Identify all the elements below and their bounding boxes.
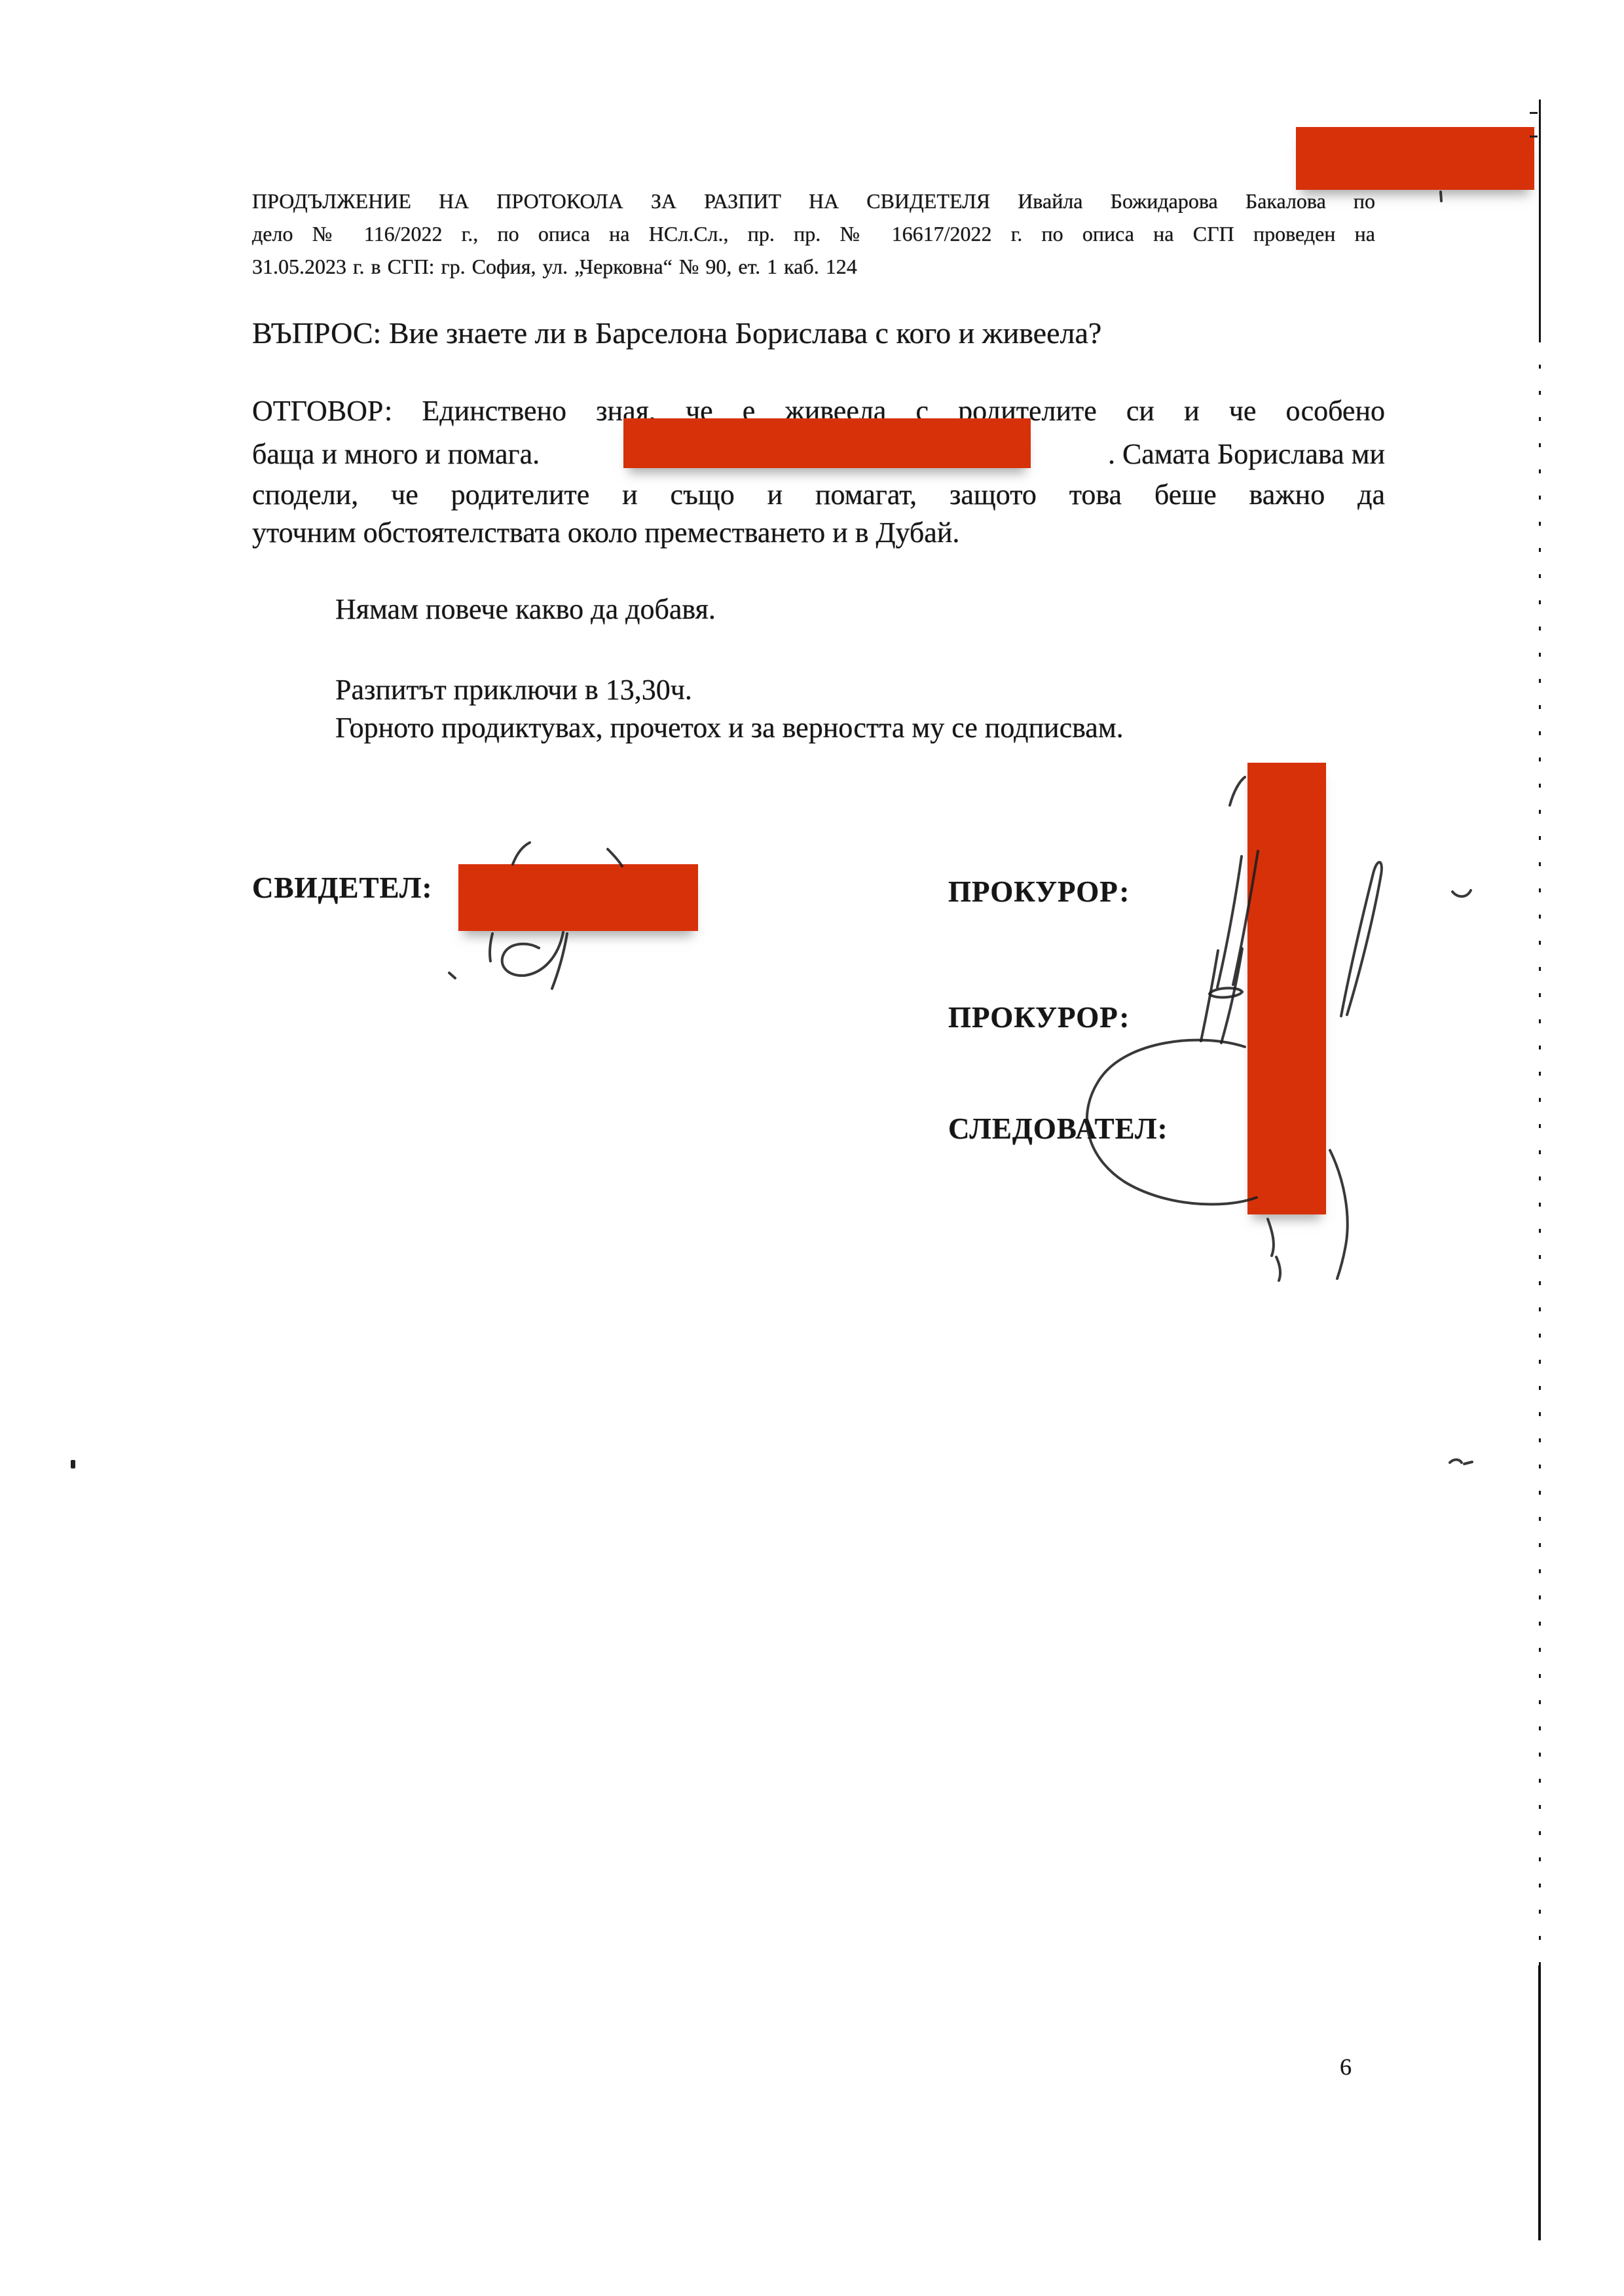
answer-text-after-redaction: . Самата Борислава ми <box>1108 436 1385 477</box>
header-line: 31.05.2023 г. в СГП: гр. София, ул. „Чер… <box>252 250 1375 283</box>
answer-line-redacted: баща и много и помага. . Самата Борислав… <box>252 436 1385 477</box>
statement-no-additions: Нямам повече какво да добавя. <box>335 592 716 626</box>
answer-line: сподели, че родителите и също и помагат,… <box>252 477 1385 515</box>
redaction-box-witness-name <box>458 864 698 931</box>
prosecutor-2-signature <box>1087 949 1257 1205</box>
page-number: 6 <box>1340 2053 1352 2081</box>
redaction-box-answer <box>623 418 1031 468</box>
answer-paragraph: ОТГОВОР: Единствено зная, че е живеела с… <box>252 393 1385 551</box>
scan-tick-mark <box>1530 112 1538 114</box>
redaction-box-top-right <box>1296 127 1534 190</box>
header-paragraph: ПРОДЪЛЖЕНИЕ НА ПРОТОКОЛА ЗА РАЗПИТ НА СВ… <box>252 185 1375 283</box>
redaction-box-officials-names <box>1247 763 1326 1214</box>
statement-dictated-signed: Горното продиктувах, прочетох и за верно… <box>335 711 1124 744</box>
header-line: дело № 116/2022 г., по описа на НСл.Сл.,… <box>252 217 1375 250</box>
stray-marks <box>1441 192 1472 1464</box>
answer-line: уточним обстоятелствата около преместван… <box>252 515 1385 551</box>
header-line: ПРОДЪЛЖЕНИЕ НА ПРОТОКОЛА ЗА РАЗПИТ НА СВ… <box>252 185 1375 217</box>
question-text: ВЪПРОС: Вие знаете ли в Барселона Борисл… <box>252 316 1101 350</box>
scan-edge-line-bottom <box>1538 1965 1541 2240</box>
scan-edge-line-top <box>1539 100 1541 338</box>
answer-text-before-redaction: баща и много и помага. <box>252 436 540 477</box>
witness-label: СВИДЕТЕЛ: <box>252 871 432 905</box>
scan-edge-line-middle <box>1539 338 1541 1965</box>
prosecutor-2-label: ПРОКУРОР: <box>948 1000 1130 1034</box>
prosecutor-1-label: ПРОКУРОР: <box>948 875 1130 909</box>
scanned-protocol-page: { "document": { "header_lines": [ "ПРОДЪ… <box>0 0 1624 2296</box>
scan-speck <box>71 1460 75 1468</box>
statement-interrogation-ended: Разпитът приключи в 13,30ч. <box>335 673 692 706</box>
investigator-label: СЛЕДОВАТЕЛ: <box>948 1112 1168 1146</box>
scan-tick-mark <box>1530 136 1538 137</box>
